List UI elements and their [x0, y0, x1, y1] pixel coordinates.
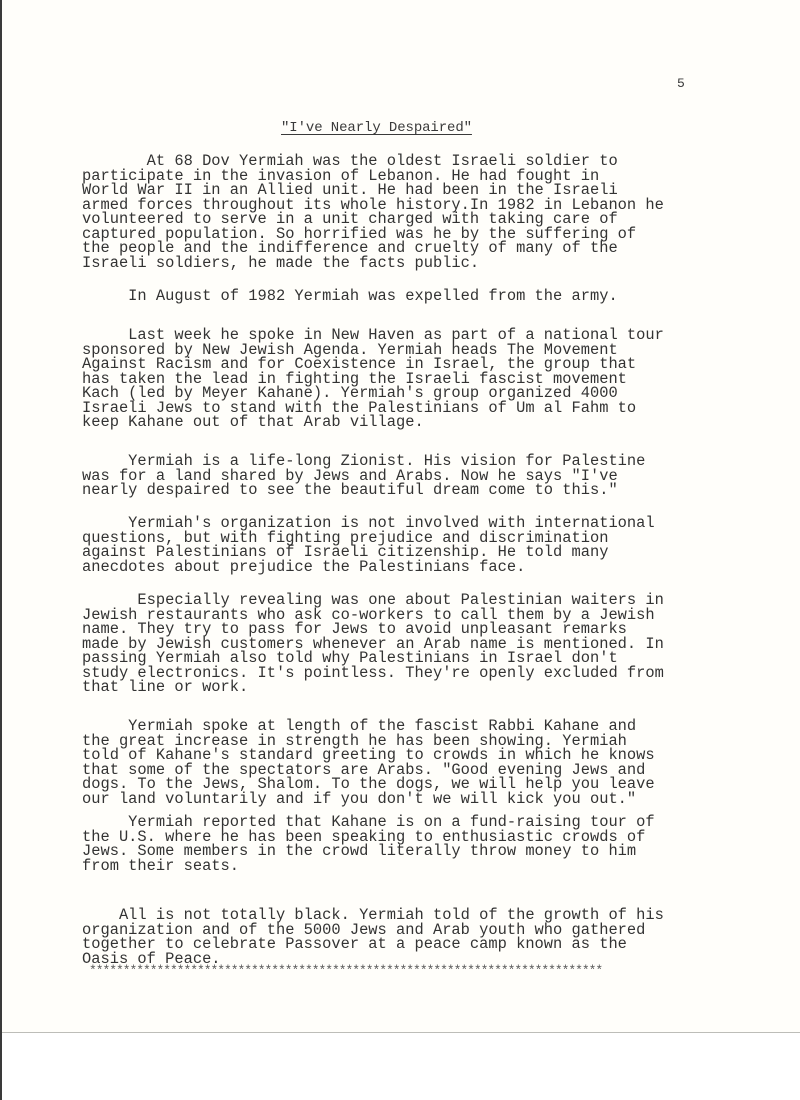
paragraph-2: In August of 1982 Yermiah was expelled f…	[82, 289, 702, 304]
text-line: our land voluntarily and if you don't we…	[82, 792, 702, 807]
paragraph-7: Yermiah spoke at length of the fascist R…	[82, 719, 702, 806]
text-line: from their seats.	[82, 859, 702, 874]
paragraph-8: Yermiah reported that Kahane is on a fun…	[82, 815, 702, 873]
article-title: "I've Nearly Despaired"	[281, 120, 472, 136]
text-line: anecdotes about prejudice the Palestinia…	[82, 560, 702, 575]
text-line: keep Kahane out of that Arab village.	[82, 415, 702, 430]
paragraph-4: Yermiah is a life-long Zionist. His visi…	[82, 454, 702, 498]
asterisk-separator: ****************************************…	[89, 963, 602, 978]
text-line: Israeli soldiers, he made the facts publ…	[82, 256, 702, 271]
paragraph-1: At 68 Dov Yermiah was the oldest Israeli…	[82, 154, 702, 270]
paragraph-5: Yermiah's organization is not involved w…	[82, 516, 702, 574]
text-line: nearly despaired to see the beautiful dr…	[82, 483, 702, 498]
text-line: In August of 1982 Yermiah was expelled f…	[82, 289, 702, 304]
text-line: that line or work.	[82, 680, 702, 695]
paragraph-6: Especially revealing was one about Pales…	[82, 593, 702, 695]
paragraph-9: All is not totally black. Yermiah told o…	[82, 908, 702, 966]
paragraph-3: Last week he spoke in New Haven as part …	[82, 328, 702, 430]
page-number: 5	[677, 76, 685, 91]
